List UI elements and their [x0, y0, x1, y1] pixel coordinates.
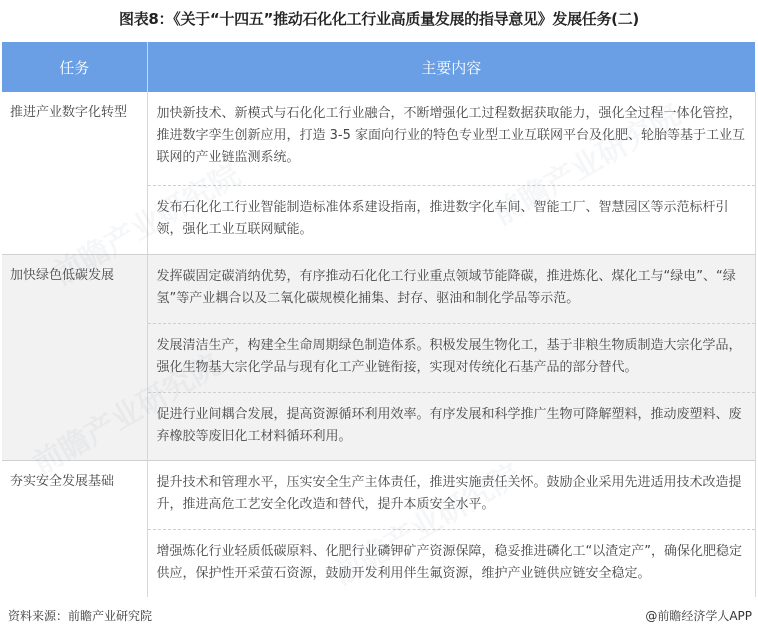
- content-cell: 增强炼化行业轻质低碳原料、化肥行业磷钾矿产资源保障，稳妥推进磷化工“以渣定产”，…: [147, 529, 755, 597]
- table-row: 夯实安全发展基础 提升技术和管理水平，压实安全生产主体责任，推进实施责任关怀。鼓…: [2, 460, 755, 529]
- content-cell: 提升技术和管理水平，压实安全生产主体责任，推进实施责任关怀。鼓励企业采用先进适用…: [147, 460, 755, 529]
- task-cell: 加快绿色低碳发展: [2, 254, 147, 460]
- task-cell: 夯实安全发展基础: [2, 460, 147, 597]
- figure-title: 图表8：《关于“十四五”推动石化化工行业高质量发展的指导意见》发展任务(二): [0, 8, 758, 34]
- content-cell: 加快新技术、新模式与石化化工行业融合，不断增强化工过程数据获取能力，强化全过程一…: [147, 92, 755, 185]
- header-content: 主要内容: [147, 42, 755, 92]
- content-cell: 发展清洁生产，构建全生命周期绿色制造体系。积极发展生物化工，基于非粮生物质制造大…: [147, 323, 755, 392]
- tasks-table: 任务 主要内容 推进产业数字化转型 加快新技术、新模式与石化化工行业融合，不断增…: [2, 42, 756, 597]
- task-cell: 推进产业数字化转型: [2, 92, 147, 254]
- table-row: 加快绿色低碳发展 发挥碳固定碳消纳优势，有序推动石化化工行业重点领域节能降碳，推…: [2, 254, 755, 323]
- content-cell: 促进行业间耦合发展，提高资源循环利用效率。有序发展和科学推广生物可降解塑料，推动…: [147, 392, 755, 460]
- table-row: 推进产业数字化转型 加快新技术、新模式与石化化工行业融合，不断增强化工过程数据获…: [2, 92, 755, 185]
- credit-note: @前瞻经济学人APP: [645, 607, 752, 624]
- content-cell: 发布石化化工行业智能制造标准体系建设指南，推进数字化车间、智能工厂、智慧园区等示…: [147, 185, 755, 254]
- table-header-row: 任务 主要内容: [2, 42, 755, 92]
- source-note: 资料来源：前瞻产业研究院: [8, 607, 152, 624]
- content-cell: 发挥碳固定碳消纳优势，有序推动石化化工行业重点领域节能降碳，推进炼化、煤化工与“…: [147, 254, 755, 323]
- header-task: 任务: [2, 42, 147, 92]
